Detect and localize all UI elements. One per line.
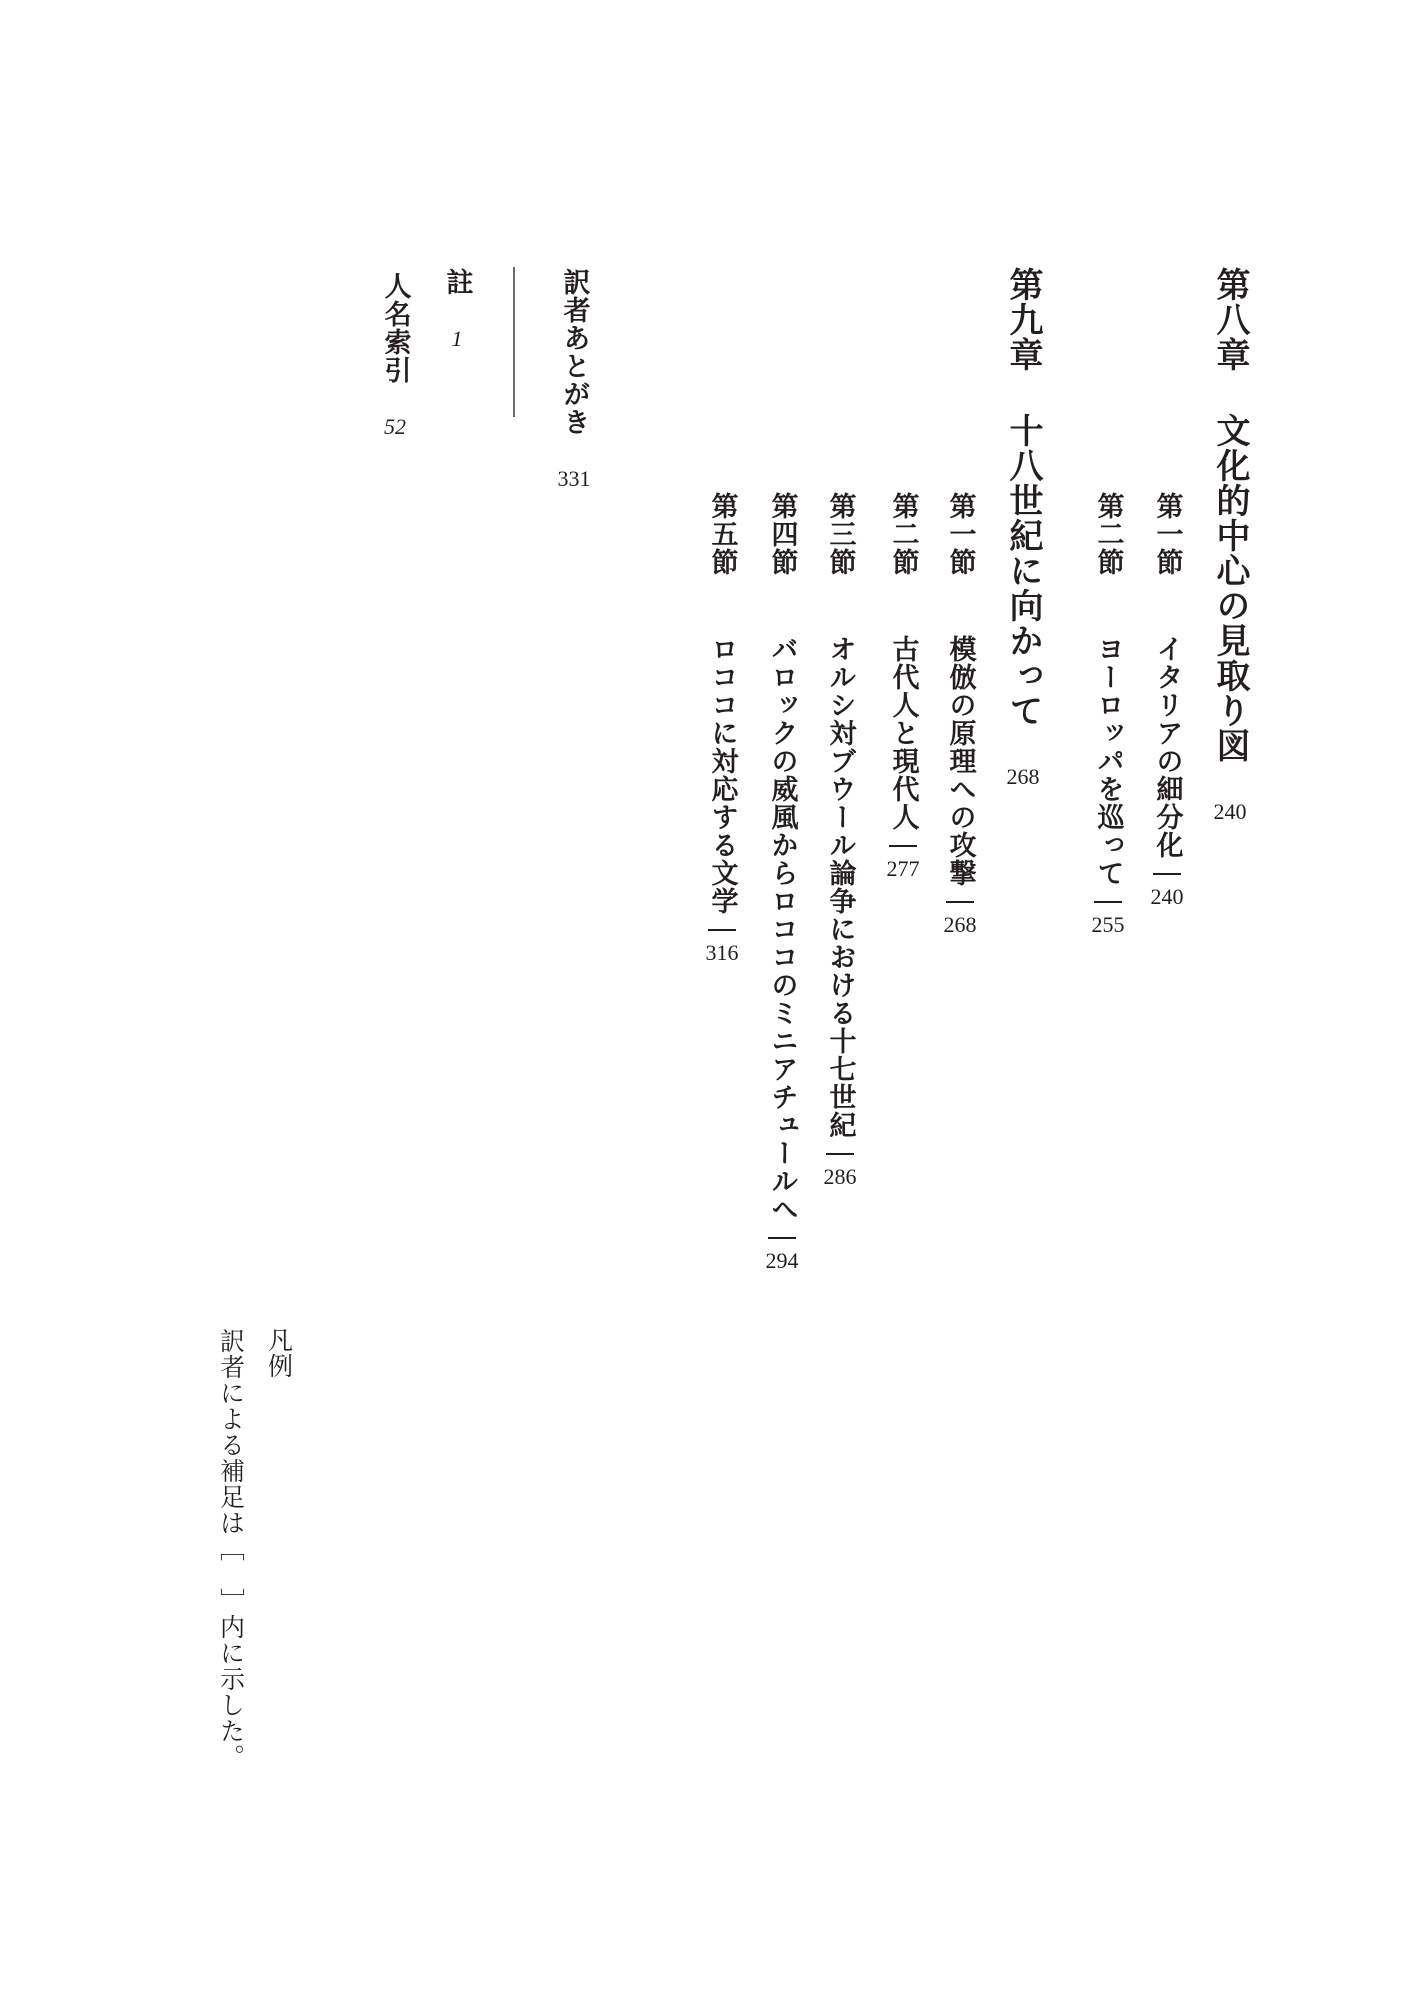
editorial-notes-body: 訳者による補足は［ ］内に示した。 (201, 1328, 261, 1770)
section-title: 古代人と現代人 (890, 635, 917, 831)
chapter-title: 十八世紀に向かって (1006, 413, 1040, 728)
name-index-label: 人名索引 (382, 272, 409, 384)
toc-section-8-1: 第一節 イタリアの細分化 240 (1137, 492, 1197, 908)
section-label: 第四節 (769, 492, 796, 576)
section-label: 第三節 (827, 492, 854, 576)
section-page-number: 316 (706, 942, 739, 964)
section-title: イタリアの細分化 (1154, 635, 1181, 859)
section-page-number: 255 (1092, 914, 1125, 936)
section-page-number: 286 (824, 1166, 857, 1188)
section-page-number: 294 (766, 1250, 799, 1272)
leader-dash (1094, 901, 1122, 903)
section-page-number: 268 (944, 914, 977, 936)
toc-notes: 註 1 (427, 268, 487, 350)
section-label: 第二節 (890, 492, 917, 576)
section-label: 第五節 (709, 492, 736, 576)
notes-page-number: 1 (452, 328, 463, 350)
toc-section-9-3: 第三節 オルシ対ブウール論争における十七世紀 286 (810, 492, 870, 1188)
section-label: 第二節 (1095, 492, 1122, 576)
leader-dash (946, 901, 974, 903)
toc-afterword: 訳者あとがき 331 (544, 268, 604, 490)
toc-section-8-2: 第二節 ヨーロッパを巡って 255 (1078, 492, 1138, 936)
section-title: ロココに対応する文学 (709, 635, 736, 915)
notes-heading: 凡例 (267, 1327, 292, 1379)
notes-body-text: 訳者による補足は［ ］内に示した。 (219, 1328, 244, 1770)
name-index-page-number: 52 (384, 416, 406, 438)
toc-section-9-1: 第一節 模倣の原理への攻撃 268 (930, 492, 990, 936)
leader-dash (708, 929, 736, 931)
section-title: オルシ対ブウール論争における十七世紀 (827, 635, 854, 1139)
leader-dash (826, 1153, 854, 1155)
notes-label: 註 (444, 268, 471, 296)
chapter-title: 文化的中心の見取り図 (1213, 413, 1247, 763)
leader-dash (889, 845, 917, 847)
section-label: 第一節 (947, 492, 974, 576)
toc-section-9-2: 第二節 古代人と現代人 277 (873, 492, 933, 880)
section-title: バロックの威風からロココのミニアチュールへ (769, 635, 796, 1223)
toc-chapter-9: 第九章 十八世紀に向かって 268 (993, 267, 1053, 788)
toc-section-9-5: 第五節 ロココに対応する文学 316 (692, 492, 752, 964)
leader-dash (1153, 873, 1181, 875)
section-title: 模倣の原理への攻撃 (947, 635, 974, 887)
section-page-number: 277 (887, 858, 920, 880)
toc-name-index: 人名索引 52 (365, 272, 425, 438)
section-divider-line (513, 267, 515, 417)
chapter-label: 第九章 (1006, 267, 1040, 372)
leader-dash (768, 1237, 796, 1239)
section-title: ヨーロッパを巡って (1095, 635, 1122, 887)
toc-section-9-4: 第四節 バロックの威風からロココのミニアチュールへ 294 (752, 492, 812, 1272)
section-page-number: 240 (1151, 886, 1184, 908)
afterword-page-number: 331 (558, 468, 591, 490)
afterword-label: 訳者あとがき (561, 268, 588, 436)
chapter-page-number: 240 (1214, 801, 1247, 823)
chapter-page-number: 268 (1007, 766, 1040, 788)
section-label: 第一節 (1154, 492, 1181, 576)
chapter-label: 第八章 (1213, 267, 1247, 372)
toc-chapter-8: 第八章 文化的中心の見取り図 240 (1200, 267, 1260, 823)
